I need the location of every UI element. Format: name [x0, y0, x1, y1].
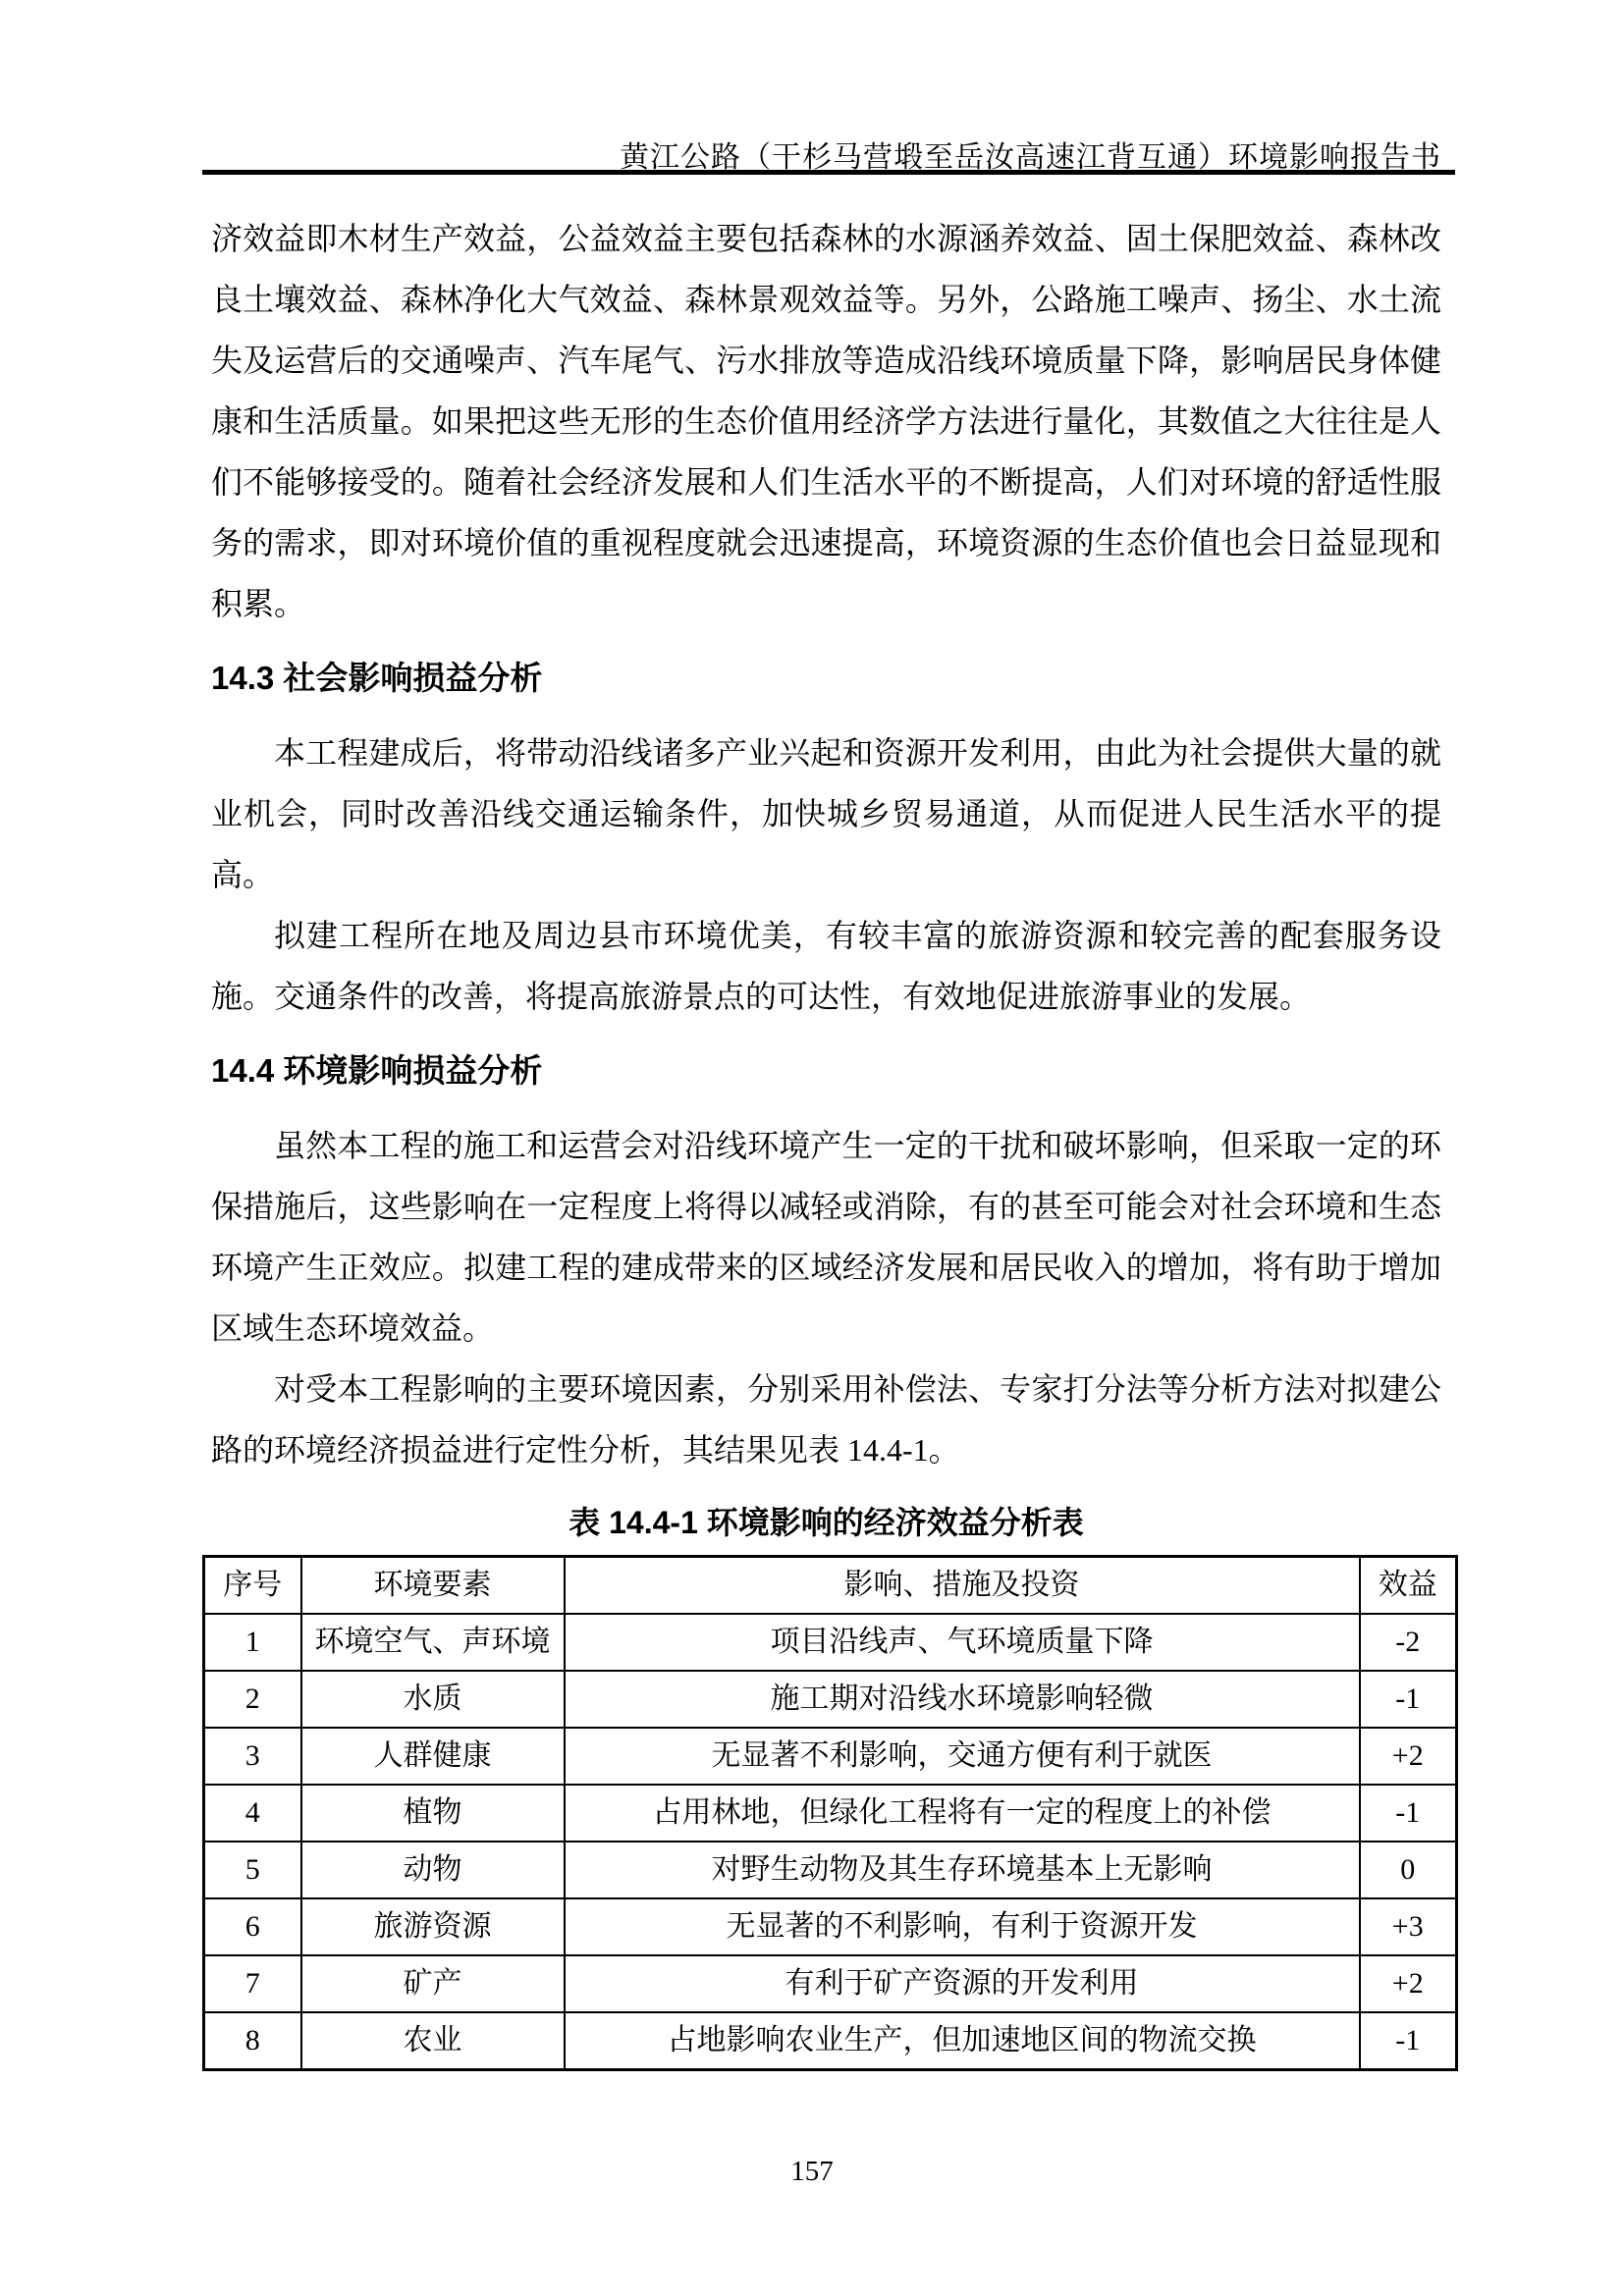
table-row: 8农业占地影响农业生产，但加速地区间的物流交换-1	[204, 2012, 1457, 2070]
table-cell: 占地影响农业生产，但加速地区间的物流交换	[565, 2012, 1360, 2070]
table-row: 5动物对野生动物及其生存环境基本上无影响0	[204, 1842, 1457, 1898]
section-heading-14-4: 14.4 环境影响损益分析	[211, 1041, 1441, 1101]
table-row: 6旅游资源无显著的不利影响，有利于资源开发+3	[204, 1898, 1457, 1955]
column-header-impact: 影响、措施及投资	[565, 1557, 1360, 1615]
table-cell: 植物	[301, 1785, 565, 1842]
table-cell: 环境空气、声环境	[301, 1614, 565, 1671]
table-cell: 4	[204, 1785, 301, 1842]
page-number: 157	[0, 2156, 1624, 2188]
column-header-benefit: 效益	[1360, 1557, 1457, 1615]
table-cell: 7	[204, 1955, 301, 2012]
table-cell: 项目沿线声、气环境质量下降	[565, 1614, 1360, 1671]
table-header-row: 序号 环境要素 影响、措施及投资 效益	[204, 1557, 1457, 1615]
table-cell: 1	[204, 1614, 301, 1671]
column-header-index: 序号	[204, 1557, 301, 1615]
table-cell: 占用林地，但绿化工程将有一定的程度上的补偿	[565, 1785, 1360, 1842]
table-cell: 3	[204, 1728, 301, 1785]
document-page: 黄江公路（干杉马营塅至岳汝高速江背互通）环境影响报告书 济效益即木材生产效益，公…	[0, 0, 1624, 2296]
table-body: 1环境空气、声环境项目沿线声、气环境质量下降-22水质施工期对沿线水环境影响轻微…	[204, 1614, 1457, 2070]
benefit-analysis-table: 序号 环境要素 影响、措施及投资 效益 1环境空气、声环境项目沿线声、气环境质量…	[202, 1555, 1458, 2071]
table-cell: 对野生动物及其生存环境基本上无影响	[565, 1842, 1360, 1898]
table-row: 4植物占用林地，但绿化工程将有一定的程度上的补偿-1	[204, 1785, 1457, 1842]
table-cell: 动物	[301, 1842, 565, 1898]
table-row: 1环境空气、声环境项目沿线声、气环境质量下降-2	[204, 1614, 1457, 1671]
table-cell: 农业	[301, 2012, 565, 2070]
table-row: 3人群健康无显著不利影响，交通方便有利于就医+2	[204, 1728, 1457, 1785]
table-cell: 施工期对沿线水环境影响轻微	[565, 1671, 1360, 1728]
table-cell: 旅游资源	[301, 1898, 565, 1955]
table-cell: -2	[1360, 1614, 1457, 1671]
table-cell: 6	[204, 1898, 301, 1955]
table-row: 7矿产有利于矿产资源的开发利用+2	[204, 1955, 1457, 2012]
table-cell: 水质	[301, 1671, 565, 1728]
table-cell: -1	[1360, 2012, 1457, 2070]
table-cell: +3	[1360, 1898, 1457, 1955]
table-cell: -1	[1360, 1785, 1457, 1842]
section-heading-14-3: 14.3 社会影响损益分析	[211, 648, 1441, 709]
table-cell: +2	[1360, 1728, 1457, 1785]
paragraph-social-benefit-1: 本工程建成后，将带动沿线诸多产业兴起和资源开发利用，由此为社会提供大量的就业机会…	[211, 722, 1441, 905]
paragraph-continuation: 济效益即木材生产效益，公益效益主要包括森林的水源涵养效益、固土保肥效益、森林改良…	[211, 208, 1441, 634]
paragraph-social-benefit-2: 拟建工程所在地及周边县市环境优美，有较丰富的旅游资源和较完善的配套服务设施。交通…	[211, 905, 1441, 1027]
table-cell: 无显著不利影响，交通方便有利于就医	[565, 1728, 1360, 1785]
table-cell: 8	[204, 2012, 301, 2070]
table-cell: 矿产	[301, 1955, 565, 2012]
table-cell: 5	[204, 1842, 301, 1898]
table-cell: +2	[1360, 1955, 1457, 2012]
table-caption: 表 14.4-1 环境影响的经济效益分析表	[211, 1492, 1441, 1553]
table-cell: 有利于矿产资源的开发利用	[565, 1955, 1360, 2012]
document-body: 济效益即木材生产效益，公益效益主要包括森林的水源涵养效益、固土保肥效益、森林改良…	[211, 208, 1441, 2071]
table-cell: -1	[1360, 1671, 1457, 1728]
paragraph-env-benefit-1: 虽然本工程的施工和运营会对沿线环境产生一定的干扰和破坏影响，但采取一定的环保措施…	[211, 1115, 1441, 1359]
column-header-factor: 环境要素	[301, 1557, 565, 1615]
table-cell: 人群健康	[301, 1728, 565, 1785]
header-rule	[202, 170, 1455, 175]
table-cell: 0	[1360, 1842, 1457, 1898]
table-cell: 无显著的不利影响，有利于资源开发	[565, 1898, 1360, 1955]
table-row: 2水质施工期对沿线水环境影响轻微-1	[204, 1671, 1457, 1728]
paragraph-env-benefit-2: 对受本工程影响的主要环境因素，分别采用补偿法、专家打分法等分析方法对拟建公路的环…	[211, 1359, 1441, 1480]
table-cell: 2	[204, 1671, 301, 1728]
